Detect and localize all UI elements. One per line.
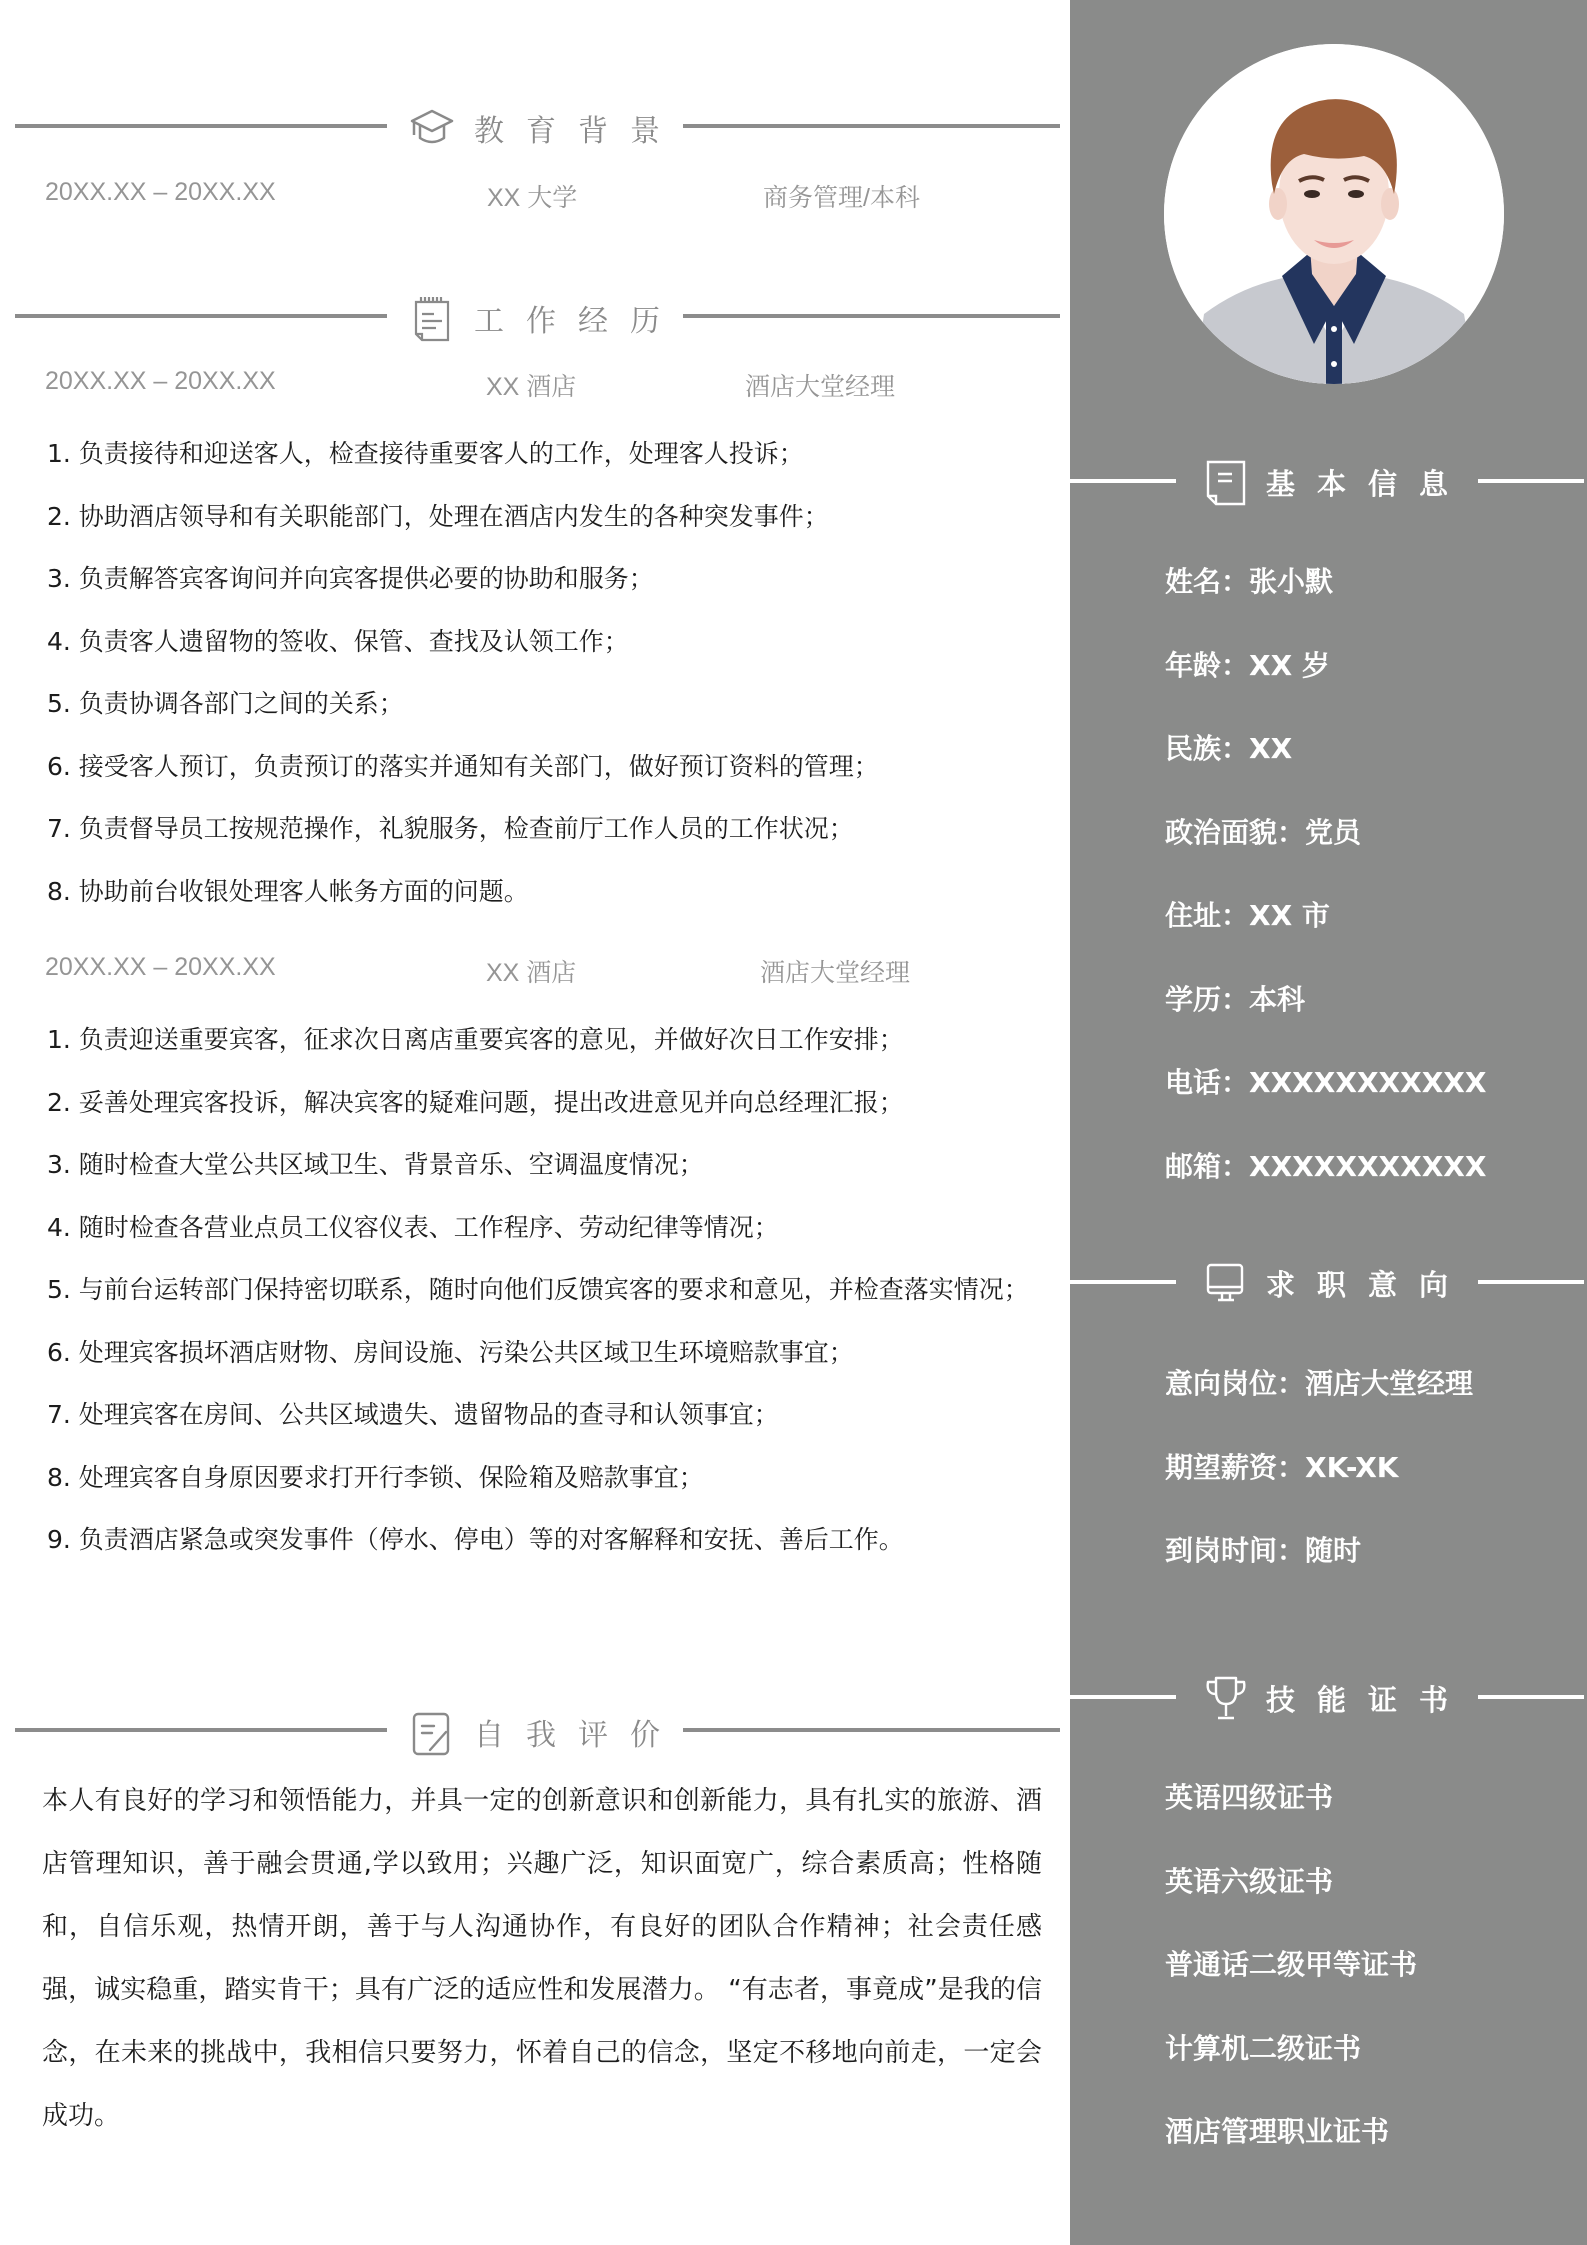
sidebar: 基本信息 姓名：张小默 年龄：XX 岁 民族：XX 政治面貌：党员 住址：XX …: [1070, 0, 1587, 2245]
info-email: 邮箱：XXXXXXXXXXX: [1165, 1147, 1486, 1231]
job-position: 酒店大堂经理: [760, 953, 910, 989]
duty-item: 3. 随时检查大堂公共区域卫生、背景音乐、空调温度情况；: [47, 1134, 1047, 1197]
section-title: 教育背景: [474, 106, 682, 150]
duty-item: 2. 协助酒店领导和有关职能部门，处理在酒店内发生的各种突发事件；: [47, 486, 1057, 549]
duty-item: 8. 处理宾客自身原因要求打开行李锁、保险箱及赔款事宜；: [47, 1447, 1047, 1510]
divider-line: [15, 314, 387, 318]
section-title: 自我评价: [474, 1710, 682, 1754]
self-eval-header: 自我评价: [0, 1700, 1070, 1760]
certificate-item: 普通话二级甲等证书: [1165, 1945, 1417, 2029]
info-phone: 电话：XXXXXXXXXXX: [1165, 1063, 1486, 1147]
intent-start-date: 到岗时间：随时: [1165, 1531, 1473, 1615]
duty-item: 9. 负责酒店紧急或突发事件（停水、停电）等的对客解释和安抚、善后工作。: [47, 1509, 1047, 1572]
basic-info-list: 姓名：张小默 年龄：XX 岁 民族：XX 政治面貌：党员 住址：XX 市 学历：…: [1165, 562, 1486, 1230]
graduation-cap-icon: [408, 104, 456, 152]
divider-line: [1478, 1280, 1584, 1284]
self-eval-text: 本人有良好的学习和领悟能力，并具一定的创新意识和创新能力，具有扎实的旅游、酒店管…: [42, 1770, 1042, 2148]
document-icon: [1202, 458, 1250, 508]
divider-line: [1070, 479, 1176, 483]
divider-line: [15, 1728, 387, 1732]
job-period: 20XX.XX – 20XX.XX: [45, 953, 276, 982]
info-political-status: 政治面貌：党员: [1165, 813, 1486, 897]
work-header: 工作经历: [0, 286, 1070, 346]
duty-item: 4. 负责客人遗留物的签收、保管、查找及认领工作；: [47, 611, 1057, 674]
duty-item: 1. 负责迎送重要宾客，征求次日离店重要宾客的意见，并做好次日工作安排；: [47, 1009, 1047, 1072]
section-title: 求职意向: [1266, 1263, 1470, 1304]
info-education: 学历：本科: [1165, 980, 1486, 1064]
education-period: 20XX.XX – 20XX.XX: [45, 178, 276, 207]
duty-item: 6. 接受客人预订，负责预订的落实并通知有关部门，做好预订资料的管理；: [47, 736, 1057, 799]
certificates-header: 技能证书: [1070, 1668, 1587, 1728]
avatar: [1164, 44, 1504, 384]
notepad-icon: [408, 294, 456, 342]
monitor-icon: [1202, 1259, 1250, 1309]
divider-line: [1070, 1280, 1176, 1284]
intent-position: 意向岗位：酒店大堂经理: [1165, 1364, 1473, 1448]
duty-item: 5. 与前台运转部门保持密切联系，随时向他们反馈宾客的要求和意见，并检查落实情况…: [47, 1259, 1047, 1322]
divider-line: [1070, 1695, 1176, 1699]
avatar-illustration: [1164, 44, 1504, 384]
duty-item: 3. 负责解答宾客询问并向宾客提供必要的协助和服务；: [47, 548, 1057, 611]
section-title: 基本信息: [1266, 462, 1470, 503]
info-age: 年龄：XX 岁: [1165, 646, 1486, 730]
job-company: XX 酒店: [486, 953, 576, 989]
divider-line: [683, 1728, 1060, 1732]
section-title: 工作经历: [474, 296, 682, 340]
section-title: 技能证书: [1266, 1678, 1470, 1719]
duty-item: 2. 妥善处理宾客投诉，解决宾客的疑难问题，提出改进意见并向总经理汇报；: [47, 1072, 1047, 1135]
divider-line: [683, 314, 1060, 318]
job-period: 20XX.XX – 20XX.XX: [45, 367, 276, 396]
info-name: 姓名：张小默: [1165, 562, 1486, 646]
duty-item: 6. 处理宾客损坏酒店财物、房间设施、污染公共区域卫生环境赔款事宜；: [47, 1322, 1047, 1385]
certificates-list: 英语四级证书 英语六级证书 普通话二级甲等证书 计算机二级证书 酒店管理职业证书: [1165, 1778, 1417, 2196]
info-address: 住址：XX 市: [1165, 896, 1486, 980]
duty-item: 5. 负责协调各部门之间的关系；: [47, 673, 1057, 736]
job-company: XX 酒店: [486, 367, 576, 403]
education-header: 教育背景: [0, 96, 1070, 156]
trophy-icon: [1202, 1674, 1250, 1724]
basic-info-header: 基本信息: [1070, 452, 1587, 512]
job-intent-header: 求职意向: [1070, 1253, 1587, 1313]
job-2-duties: 1. 负责迎送重要宾客，征求次日离店重要宾客的意见，并做好次日工作安排； 2. …: [47, 1009, 1047, 1572]
certificate-item: 英语六级证书: [1165, 1862, 1417, 1946]
duty-item: 8. 协助前台收银处理客人帐务方面的问题。: [47, 861, 1057, 924]
education-school: XX 大学: [487, 178, 577, 214]
duty-item: 7. 负责督导员工按规范操作，礼貌服务，检查前厅工作人员的工作状况；: [47, 798, 1057, 861]
duty-item: 7. 处理宾客在房间、公共区域遗失、遗留物品的查寻和认领事宜；: [47, 1384, 1047, 1447]
certificate-item: 计算机二级证书: [1165, 2029, 1417, 2113]
job-position: 酒店大堂经理: [745, 367, 895, 403]
divider-line: [1478, 1695, 1584, 1699]
certificate-item: 酒店管理职业证书: [1165, 2112, 1417, 2196]
info-ethnicity: 民族：XX: [1165, 729, 1486, 813]
duty-item: 4. 随时检查各营业点员工仪容仪表、工作程序、劳动纪律等情况；: [47, 1197, 1047, 1260]
divider-line: [683, 124, 1060, 128]
duty-item: 1. 负责接待和迎送客人，检查接待重要客人的工作，处理客人投诉；: [47, 423, 1057, 486]
job-intent-list: 意向岗位：酒店大堂经理 期望薪资：XK-XK 到岗时间：随时: [1165, 1364, 1473, 1615]
main-column: 教育背景 20XX.XX – 20XX.XX XX 大学 商务管理/本科 工作经…: [0, 0, 1070, 2245]
job-1-duties: 1. 负责接待和迎送客人，检查接待重要客人的工作，处理客人投诉； 2. 协助酒店…: [47, 423, 1057, 923]
divider-line: [15, 124, 387, 128]
intent-salary: 期望薪资：XK-XK: [1165, 1448, 1473, 1532]
certificate-item: 英语四级证书: [1165, 1778, 1417, 1862]
education-major: 商务管理/本科: [763, 178, 920, 214]
edit-note-icon: [408, 1708, 456, 1756]
divider-line: [1478, 479, 1584, 483]
